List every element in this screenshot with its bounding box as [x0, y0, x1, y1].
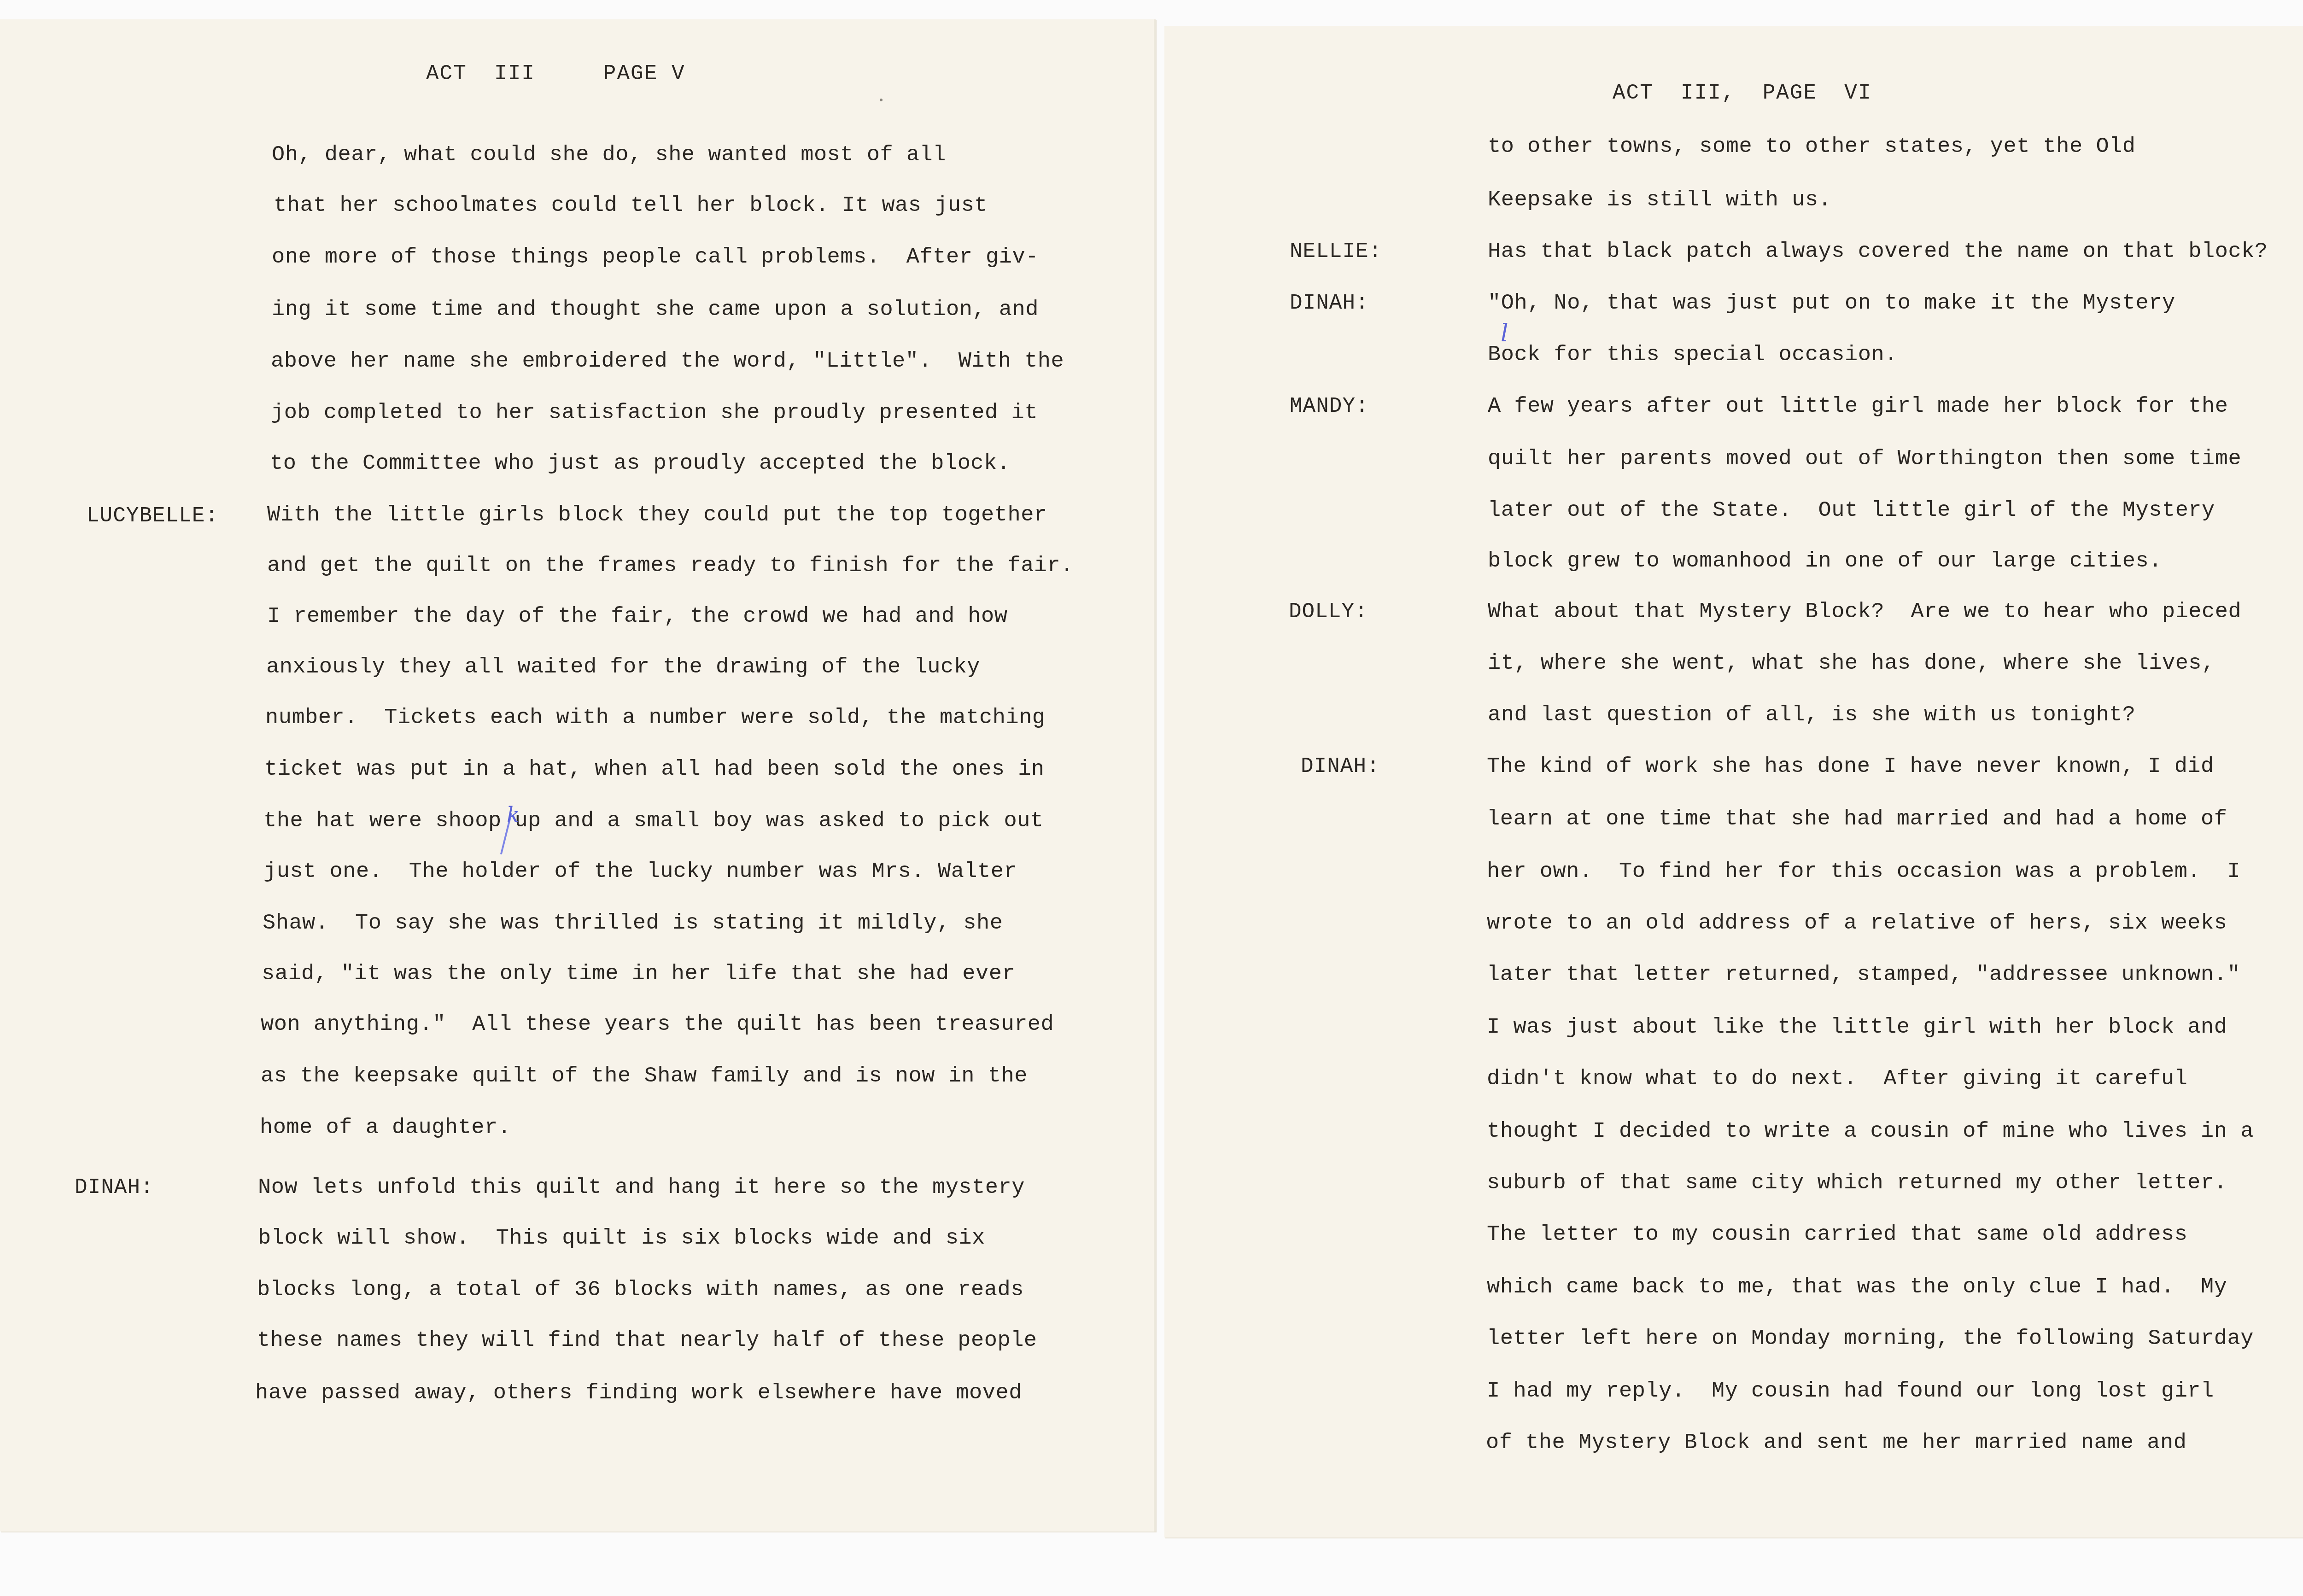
script-line: as the keepsake quilt of the Shaw family… — [261, 1064, 1028, 1088]
speaker-label: MANDY: — [1290, 394, 1369, 418]
script-line: and get the quilt on the frames ready to… — [267, 554, 1074, 578]
handwritten-correction: k — [507, 802, 520, 827]
script-line: anxiously they all waited for the drawin… — [266, 655, 980, 679]
script-line: later that letter returned, stamped, "ad… — [1487, 963, 2240, 987]
script-line: number. Tickets each with a number were … — [265, 706, 1046, 730]
script-line: above her name she embroidered the word,… — [271, 349, 1064, 374]
script-line: blocks long, a total of 36 blocks with n… — [257, 1278, 1024, 1302]
script-line: Has that black patch always covered the … — [1488, 240, 2268, 264]
script-line: The kind of work she has done I have nev… — [1487, 754, 2214, 779]
script-line: "Oh, No, that was just put on to make it… — [1488, 291, 2175, 316]
script-line: Oh, dear, what could she do, she wanted … — [272, 143, 946, 167]
script-line: just one. The holder of the lucky number… — [263, 859, 1017, 884]
script-line: I remember the day of the fair, the crow… — [267, 604, 1007, 629]
script-line: said, "it was the only time in her life … — [262, 962, 1015, 986]
script-line: one more of those things people call pro… — [272, 245, 1039, 269]
page-header: ACT III, PAGE VI — [1613, 81, 1872, 105]
script-line: A few years after out little girl made h… — [1488, 394, 2228, 419]
script-line: later out of the State. Out little girl … — [1488, 498, 2215, 523]
script-line: ing it some time and thought she came up… — [272, 298, 1039, 322]
page-header: ACT III PAGE V — [426, 62, 685, 86]
handwritten-correction: l — [1501, 320, 1508, 347]
script-line: the hat were shoop up and a small boy wa… — [263, 809, 1044, 833]
script-page-left: ACT III PAGE V LUCYBELLE: DINAH: Oh, dea… — [0, 19, 1156, 1532]
script-line: The letter to my cousin carried that sam… — [1487, 1222, 2187, 1247]
script-line: thought I decided to write a cousin of m… — [1487, 1119, 2254, 1144]
script-line: job completed to her satisfaction she pr… — [271, 401, 1038, 425]
script-line: have passed away, others finding work el… — [255, 1381, 1022, 1405]
script-line: suburb of that same city which returned … — [1487, 1171, 2227, 1195]
script-line: I was just about like the little girl wi… — [1487, 1015, 2227, 1040]
script-line: home of a daughter. — [260, 1116, 511, 1140]
script-line: Bock for this special occasion. — [1488, 343, 1898, 367]
script-line: her own. To find her for this occasion w… — [1487, 859, 2240, 884]
script-line: that her schoolmates could tell her bloc… — [274, 193, 988, 218]
script-line: block will show. This quilt is six block… — [258, 1226, 985, 1251]
script-line: With the little girls block they could p… — [267, 503, 1047, 527]
script-line: and last question of all, is she with us… — [1488, 703, 2136, 727]
script-line: Now lets unfold this quilt and hang it h… — [258, 1175, 1025, 1200]
script-line: Keepsake is still with us. — [1488, 188, 1831, 212]
script-line: of the Mystery Block and sent me her mar… — [1486, 1431, 2186, 1455]
speaker-label: DOLLY: — [1289, 600, 1368, 624]
speaker-label: DINAH: — [1290, 291, 1369, 315]
paper-speck — [880, 99, 883, 101]
script-line: learn at one time that she had married a… — [1487, 807, 2227, 831]
speaker-label: LUCYBELLE: — [87, 504, 218, 528]
script-line: which came back to me, that was the only… — [1487, 1275, 2227, 1299]
script-line: Shaw. To say she was thrilled is stating… — [263, 911, 1003, 935]
script-line: What about that Mystery Block? Are we to… — [1488, 600, 2241, 624]
script-line: I had my reply. My cousin had found our … — [1487, 1379, 2214, 1403]
script-line: to the Committee who just as proudly acc… — [270, 451, 1010, 476]
script-line: won anything." All these years the quilt… — [261, 1012, 1054, 1037]
script-line: letter left here on Monday morning, the … — [1487, 1327, 2254, 1351]
speaker-label: NELLIE: — [1290, 240, 1382, 263]
script-line: these names they will find that nearly h… — [257, 1328, 1037, 1353]
script-line: didn't know what to do next. After givin… — [1487, 1067, 2187, 1091]
script-line: ticket was put in a hat, when all had be… — [264, 757, 1045, 782]
script-line: block grew to womanhood in one of our la… — [1488, 549, 2162, 573]
script-line: quilt her parents moved out of Worthingt… — [1488, 447, 2241, 471]
speaker-label: DINAH: — [1301, 754, 1380, 778]
script-line: it, where she went, what she has done, w… — [1488, 651, 2215, 676]
script-page-right: ACT III, PAGE VI NELLIE: DINAH: MANDY: D… — [1164, 26, 2303, 1538]
speaker-label: DINAH: — [75, 1175, 154, 1199]
script-line: wrote to an old address of a relative of… — [1487, 911, 2227, 935]
script-line: to other towns, some to other states, ye… — [1488, 134, 2136, 159]
